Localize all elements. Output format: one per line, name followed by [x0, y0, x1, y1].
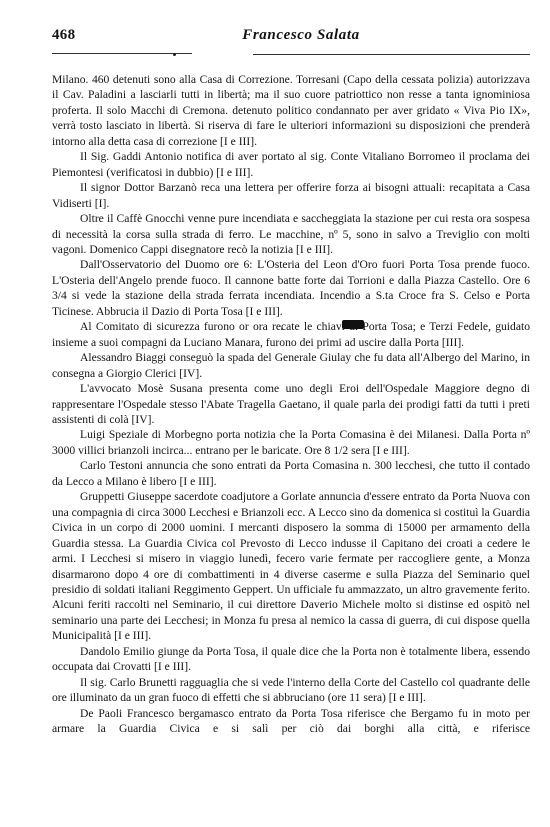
paragraph-gaddi: Il Sig. Gaddi Antonio notifica di aver p…	[52, 149, 530, 180]
paragraph-caffe-gnocchi: Oltre il Caffè Gnocchi venne pure incend…	[52, 211, 530, 257]
paragraph-barzano: Il signor Dottor Barzanò reca una letter…	[52, 180, 530, 211]
paragraph-speziale: Luigi Speziale di Morbegno porta notizia…	[52, 427, 530, 458]
paragraph-gruppetti: Gruppetti Giuseppe sacerdote coadjutore …	[52, 489, 530, 644]
paragraph-de-paoli: De Paoli Francesco bergamasco entrato da…	[52, 706, 530, 737]
body-text: Milano. 460 detenuti sono alla Casa di C…	[52, 72, 530, 736]
paragraph-biaggi: Alessandro Biaggi conseguò la spada del …	[52, 350, 530, 381]
scan-speck	[281, 328, 283, 330]
document-page: 468 Francesco Salata Milano. 460 detenut…	[0, 0, 550, 827]
paragraph-testoni: Carlo Testoni annuncia che sono entrati …	[52, 458, 530, 489]
paragraph-brunetti: Il sig. Carlo Brunetti ragguaglia che si…	[52, 675, 530, 706]
running-head-author: Francesco Salata	[52, 27, 530, 44]
paragraph-dandolo: Dandolo Emilio giunge da Porta Tosa, il …	[52, 644, 530, 675]
header-rule-left	[52, 53, 192, 54]
paragraph-osservatorio-duomo: Dall'Osservatorio del Duomo ore 6: L'Ost…	[52, 257, 530, 319]
header-rule-right	[253, 54, 530, 55]
paragraph-comitato-sicurezza: Al Comitato di sicurezza furono or ora r…	[52, 319, 530, 350]
ink-blot	[342, 320, 364, 329]
header-rule-ornament	[173, 53, 176, 56]
running-head: 468 Francesco Salata	[52, 27, 530, 51]
paragraph-susana: L'avvocato Mosè Susana presenta come uno…	[52, 381, 530, 427]
paragraph-milano-detenuti: Milano. 460 detenuti sono alla Casa di C…	[52, 72, 530, 149]
